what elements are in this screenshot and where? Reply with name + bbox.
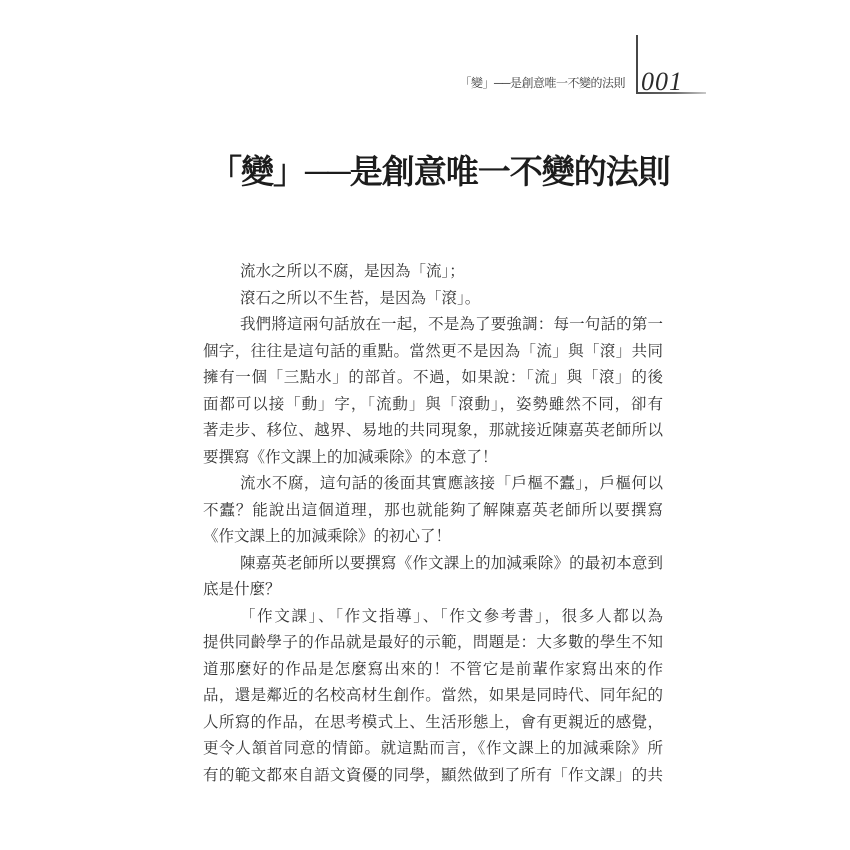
body-line: 擁有一個「三點水」的部首。不過，如果說：「流」與「滾」的後 xyxy=(203,365,663,392)
body-line: 提供同齡學子的作品就是最好的示範，問題是：大多數的學生不知 xyxy=(203,630,663,657)
body-line: 人所寫的作品，在思考模式上、生活形態上，會有更親近的感覺， xyxy=(203,710,663,737)
body-line: 我們將這兩句話放在一起，不是為了要強調：每一句話的第一 xyxy=(203,312,663,339)
body-line: 《作文課上的加減乘除》的初心了！ xyxy=(203,524,663,551)
body-line: 道那麼好的作品是怎麼寫出來的！不管它是前輩作家寫出來的作 xyxy=(203,657,663,684)
body-line: 不蠹？能說出這個道理，那也就能夠了解陳嘉英老師所以要撰寫 xyxy=(203,498,663,525)
body-line: 更令人頷首同意的情節。就這點而言，《作文課上的加減乘除》所 xyxy=(203,736,663,763)
book-page: 「變」──是創意唯一不變的法則 001 「變」──是創意唯一不變的法則 流水之所… xyxy=(0,0,850,850)
body-line: 陳嘉英老師所以要撰寫《作文課上的加減乘除》的最初本意到 xyxy=(203,551,663,578)
body-line: 流水不腐，這句話的後面其實應該接「戶樞不蠹」，戶樞何以 xyxy=(203,471,663,498)
page-number: 001 xyxy=(641,69,683,95)
body-text: 流水之所以不腐，是因為「流」；滾石之所以不生苔，是因為「滾」。我們將這兩句話放在… xyxy=(203,259,663,789)
body-line: 個字，往往是這句話的重點。當然更不是因為「流」與「滾」共同 xyxy=(203,339,663,366)
body-line: 要撰寫《作文課上的加減乘除》的本意了！ xyxy=(203,445,663,472)
body-line: 有的範文都來自語文資優的同學，顯然做到了所有「作文課」的共 xyxy=(203,763,663,790)
body-line: 著走步、移位、越界、易地的共同現象，那就接近陳嘉英老師所以 xyxy=(203,418,663,445)
chapter-title: 「變」──是創意唯一不變的法則 xyxy=(209,152,670,194)
body-line: 滾石之所以不生苔，是因為「滾」。 xyxy=(203,286,663,313)
body-line: 流水之所以不腐，是因為「流」； xyxy=(203,259,663,286)
body-line: 「作文課」、「作文指導」、「作文參考書」，很多人都以為 xyxy=(203,604,663,631)
body-line: 面都可以接「動」字，「流動」與「滾動」，姿勢雖然不同，卻有 xyxy=(203,392,663,419)
header-vertical-rule xyxy=(636,35,638,93)
body-line: 底是什麼？ xyxy=(203,577,663,604)
running-header-title: 「變」──是創意唯一不變的法則 xyxy=(459,76,625,90)
body-line: 品，還是鄰近的名校高材生創作。當然，如果是同時代、同年紀的 xyxy=(203,683,663,710)
